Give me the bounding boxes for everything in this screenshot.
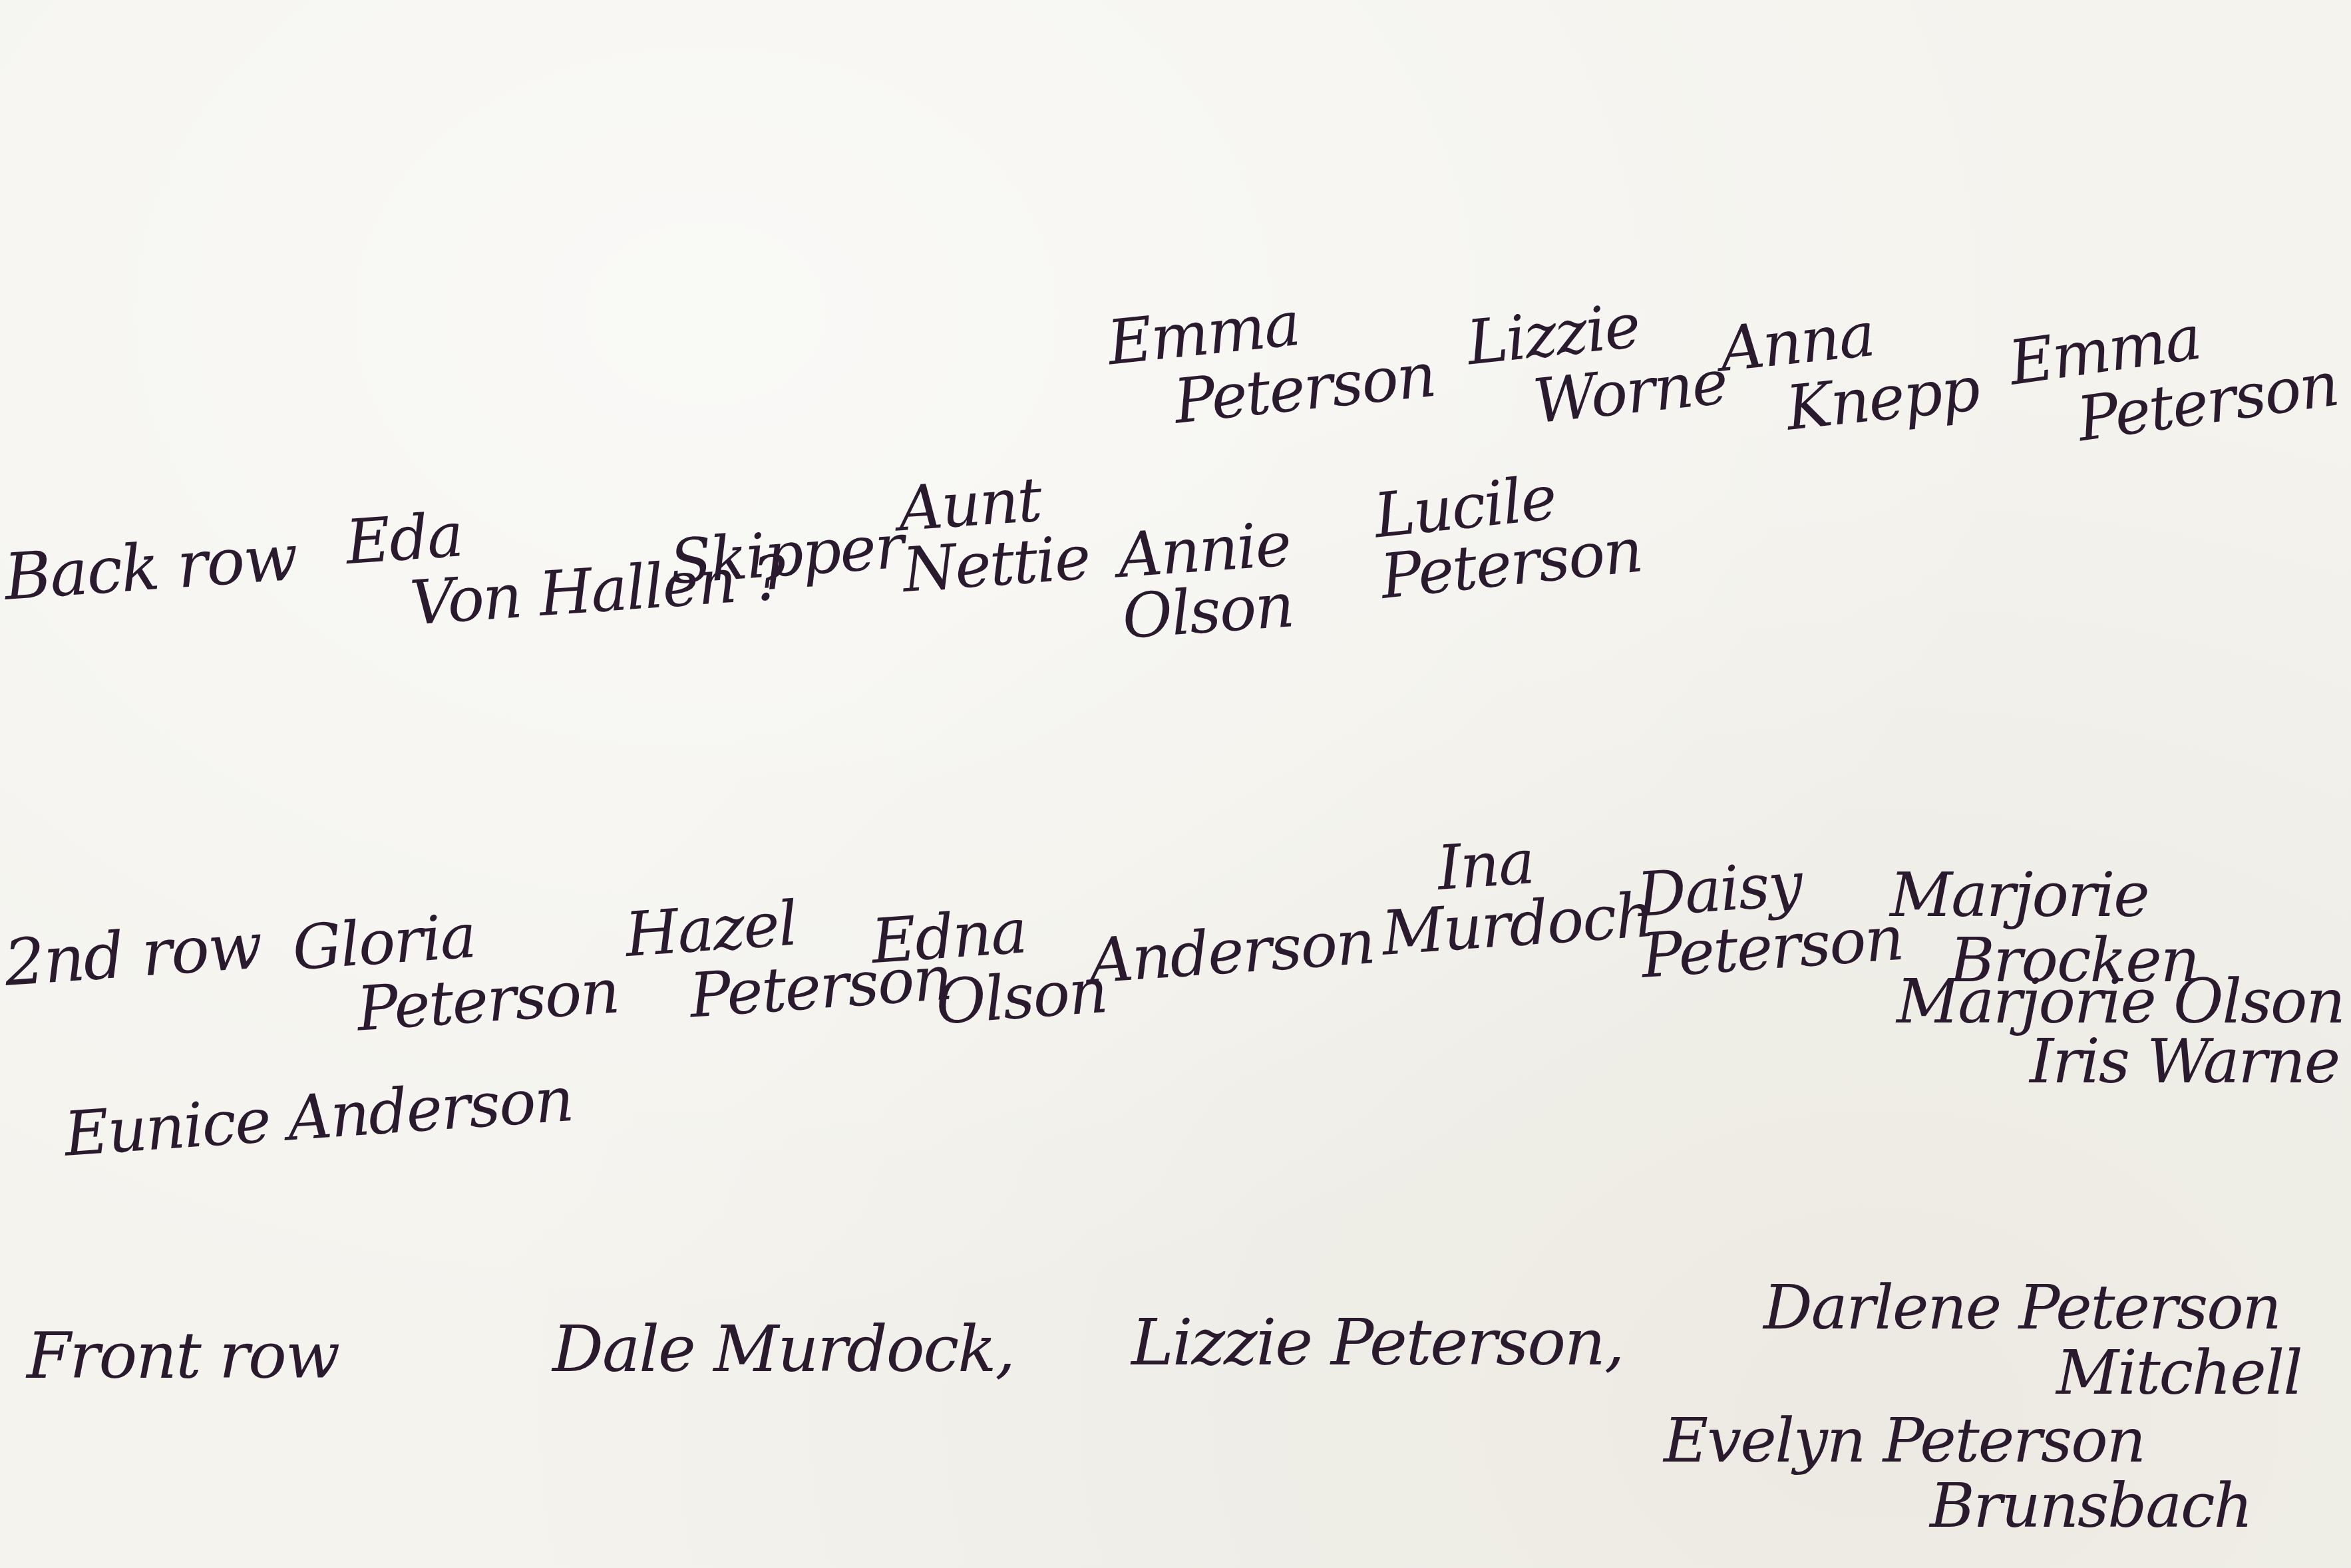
first-name: Evelyn Peterson	[1664, 1410, 2252, 1472]
name-lizzie-worne: Lizzie Worne	[1464, 287, 1729, 439]
first-name: Darlene Peterson	[1763, 1277, 2302, 1338]
name-aunt-nettie: Aunt Nettie	[896, 466, 1091, 601]
name-marjorie-olson: Marjorie Olson	[1897, 971, 2344, 1032]
last-name: Peterson	[355, 961, 620, 1040]
last-name: Brunsbach	[1930, 1476, 2252, 1537]
name-skipper: Skipper	[668, 516, 905, 593]
name-anna-knepp: Anna Knepp	[1717, 293, 1982, 446]
name-ina-murdoch: Ina Murdoch	[1375, 820, 1656, 965]
last-name: Olson	[1121, 575, 1297, 648]
back-row-label: Back row	[2, 526, 299, 609]
name-daisy-peterson: Daisy Peterson	[1635, 847, 1904, 987]
name-annie-olson: Annie Olson	[1116, 514, 1296, 648]
name-iris-warne: Iris Warne	[2030, 1031, 2339, 1092]
name-lizzie-peterson: Lizzie Peterson,	[1131, 1311, 1623, 1374]
second-row-label: 2nd row	[2, 913, 263, 995]
last-name: Nettie	[901, 528, 1091, 601]
front-row-label: Front row	[27, 1324, 339, 1388]
name-darlene-peterson-mitchell: Darlene Peterson Mitchell	[1763, 1277, 2302, 1404]
last-name: Peterson	[1640, 908, 1905, 987]
name-lucile-peterson: Lucile Peterson	[1371, 459, 1645, 608]
name-dale-murdock: Dale Murdock,	[552, 1317, 1014, 1381]
last-name: Olson	[934, 961, 1108, 1034]
first-name: Marjorie	[1890, 865, 2199, 926]
last-name: Murdoch	[1380, 885, 1656, 965]
name-emma-peterson-1: Emma Peterson	[1105, 280, 1438, 439]
name-evelyn-peterson-brunsbach: Evelyn Peterson Brunsbach	[1664, 1410, 2252, 1537]
name-edna-olson: Edna Olson	[870, 895, 1109, 1038]
name-gloria-peterson: Gloria Peterson	[291, 896, 621, 1044]
last-name: Mitchell	[2056, 1342, 2302, 1404]
